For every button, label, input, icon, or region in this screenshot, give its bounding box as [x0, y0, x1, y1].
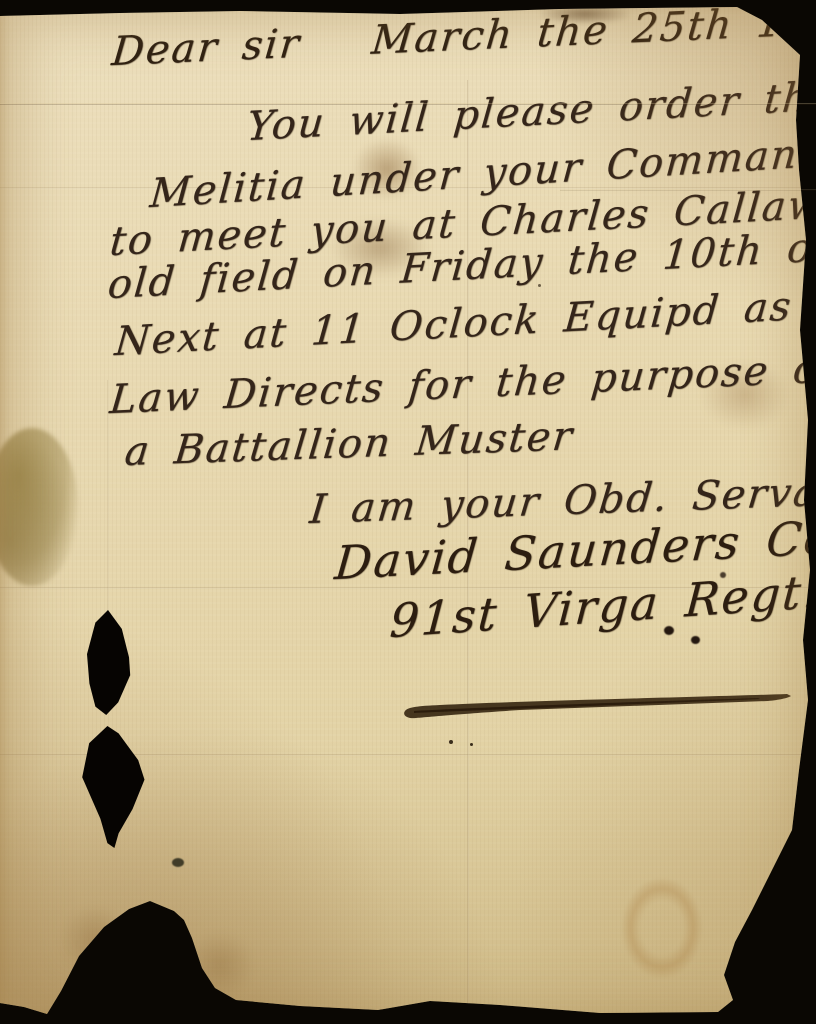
ink-dot: [664, 626, 674, 635]
signature-underline-flourish: [400, 692, 795, 722]
scan-background: Dear sir March the 25th 1805 You will pl…: [0, 0, 816, 1024]
paper-speck: [538, 284, 541, 287]
ink-dot: [720, 572, 726, 578]
paper-speck: [449, 740, 453, 744]
letter-paper: Dear sir March the 25th 1805 You will pl…: [0, 0, 816, 1024]
ink-blot: [172, 858, 184, 867]
scan-artifact-line: [0, 103, 816, 104]
scan-artifact-line: [560, 189, 816, 190]
ink-dot: [691, 636, 700, 644]
paper-speck: [470, 743, 473, 746]
